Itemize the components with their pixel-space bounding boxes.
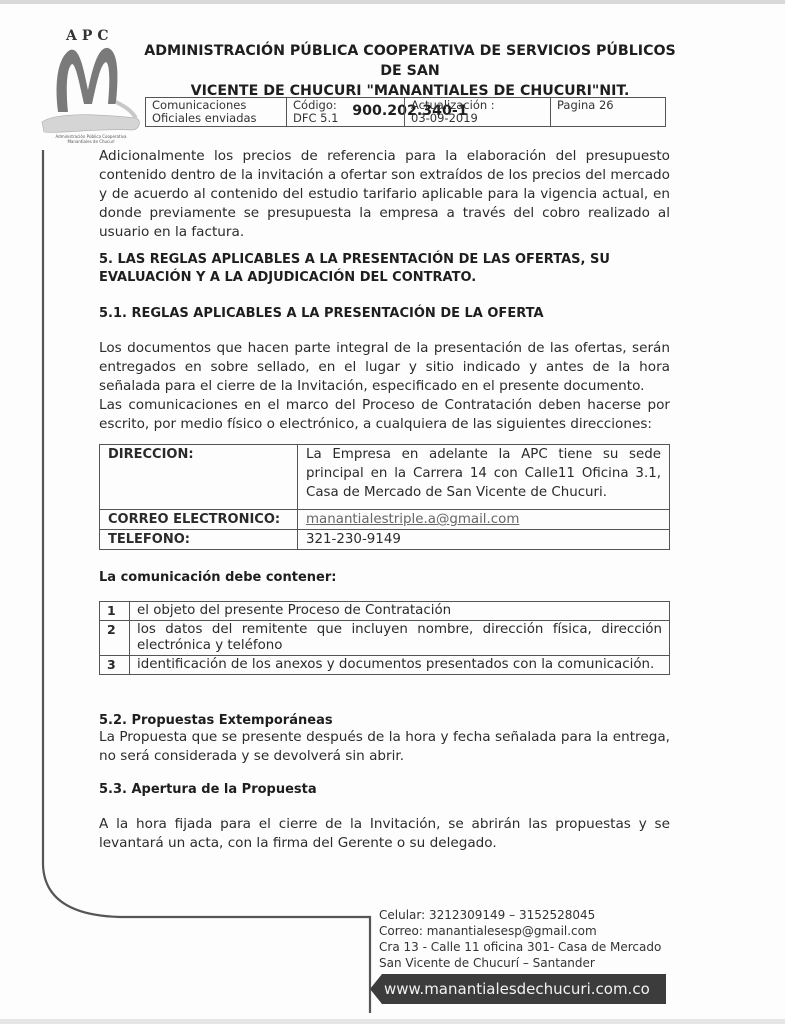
section-5-1-paragraph-2: Las comunicaciones en el marco del Proce… bbox=[99, 396, 670, 434]
company-logo: APC Administración Pública Cooperativa M… bbox=[36, 22, 156, 152]
section-5-heading: 5. LAS REGLAS APLICABLES A LA PRESENTACI… bbox=[99, 251, 679, 287]
item-text: identificación de los anexos y documento… bbox=[130, 656, 670, 675]
section-5-1-paragraph-1: Los documentos que hacen parte integral … bbox=[99, 339, 670, 396]
logo-caption: Administración Pública Cooperativa Manan… bbox=[46, 134, 136, 144]
address-label: DIRECCION: bbox=[100, 445, 298, 510]
contact-addresses-table: DIRECCION: La Empresa en adelante la APC… bbox=[99, 444, 670, 550]
document-meta-table: Comunicaciones Oficiales enviadas Código… bbox=[145, 97, 666, 127]
phone-value: 321-230-9149 bbox=[298, 530, 670, 550]
table-row: TELEFONO: 321-230-9149 bbox=[100, 530, 670, 550]
logo-m-icon bbox=[36, 42, 156, 137]
table-row: CORREO ELECTRONICO: manantialestriple.a@… bbox=[100, 510, 670, 530]
item-number: 1 bbox=[100, 602, 130, 621]
meta-page-number: Pagina 26 bbox=[551, 98, 666, 127]
email-label: CORREO ELECTRONICO: bbox=[100, 510, 298, 530]
org-title-line-1: ADMINISTRACIÓN PÚBLICA COOPERATIVA DE SE… bbox=[140, 41, 680, 81]
item-number: 2 bbox=[100, 621, 130, 656]
meta-code: Código: DFC 5.1 bbox=[287, 98, 405, 127]
section-5-3-heading: 5.3. Apertura de la Propuesta bbox=[99, 780, 679, 799]
scan-bottom-edge bbox=[0, 1019, 785, 1024]
item-text: el objeto del presente Proceso de Contra… bbox=[130, 602, 670, 621]
address-value: La Empresa en adelante la APC tiene su s… bbox=[298, 445, 670, 510]
communication-requirements-table: 1 el objeto del presente Proceso de Cont… bbox=[99, 601, 670, 675]
footer-cellular: Celular: 3212309149 – 3152528045 bbox=[379, 907, 661, 923]
footer-contact-info: Celular: 3212309149 – 3152528045 Correo:… bbox=[379, 907, 661, 971]
communication-contents-heading: La comunicación debe contener: bbox=[99, 568, 679, 587]
item-number: 3 bbox=[100, 656, 130, 675]
footer-website-banner[interactable]: www.manantialesdechucuri.com.co bbox=[370, 974, 666, 1004]
table-row: 1 el objeto del presente Proceso de Cont… bbox=[100, 602, 670, 621]
section-5-3-paragraph: A la hora fijada para el cierre de la In… bbox=[99, 815, 670, 853]
item-text: los datos del remitente que incluyen nom… bbox=[130, 621, 670, 656]
phone-label: TELEFONO: bbox=[100, 530, 298, 550]
table-row: 2 los datos del remitente que incluyen n… bbox=[100, 621, 670, 656]
section-5-2-paragraph: La Propuesta que se presente después de … bbox=[99, 728, 670, 766]
footer-email: Correo: manantialesesp@gmail.com bbox=[379, 923, 661, 939]
email-link[interactable]: manantialestriple.a@gmail.com bbox=[306, 512, 519, 527]
meta-doc-type: Comunicaciones Oficiales enviadas bbox=[146, 98, 287, 127]
intro-paragraph: Adicionalmente los precios de referencia… bbox=[99, 147, 670, 242]
table-row: 3 identificación de los anexos y documen… bbox=[100, 656, 670, 675]
table-row: DIRECCION: La Empresa en adelante la APC… bbox=[100, 445, 670, 510]
meta-update: Actualización : 03-09-2019 bbox=[405, 98, 551, 127]
footer-address: Cra 13 - Calle 11 oficina 301- Casa de M… bbox=[379, 939, 661, 955]
section-5-1-heading: 5.1. REGLAS APLICABLES A LA PRESENTACIÓN… bbox=[99, 304, 679, 323]
scan-top-edge bbox=[0, 0, 785, 4]
footer-city: San Vicente de Chucurí – Santander bbox=[379, 955, 661, 971]
